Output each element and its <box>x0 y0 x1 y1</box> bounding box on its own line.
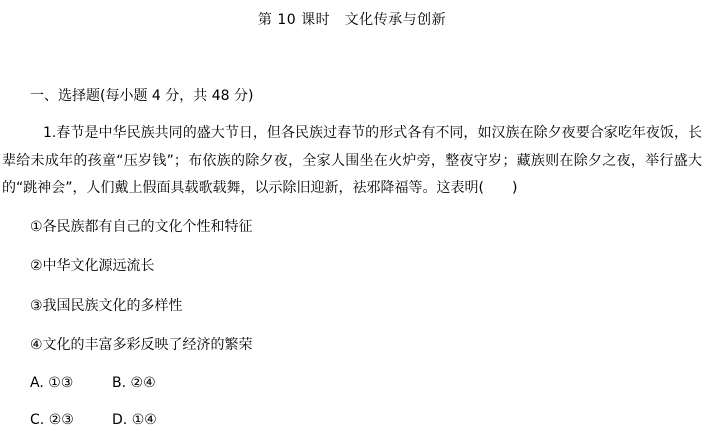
choice-d-value: ①④ <box>132 412 157 428</box>
section-heading: 一、选择题(每小题 4 分，共 48 分) <box>30 88 253 104</box>
choice-c-value: ②③ <box>49 412 74 428</box>
choice-a: A. ①③ <box>30 375 73 391</box>
statement-2: ②中华文化源远流长 <box>30 258 155 274</box>
choice-d-label: D. <box>112 412 127 428</box>
page-title: 第 10 课时 文化传承与创新 <box>0 12 704 28</box>
choice-d: D. ①④ <box>112 412 157 428</box>
statement-3: ③我国民族文化的多样性 <box>30 298 183 314</box>
choice-c-label: C. <box>30 412 44 428</box>
choice-a-label: A. <box>30 375 44 391</box>
statement-1: ①各民族都有自己的文化个性和特征 <box>30 219 253 235</box>
choice-c: C. ②③ <box>30 412 74 428</box>
question-stem: 1.春节是中华民族共同的盛大节日，但各民族过春节的形式各有不同，如汉族在除夕夜要… <box>2 120 702 203</box>
choice-a-value: ①③ <box>48 375 73 391</box>
choice-b-value: ②④ <box>131 375 156 391</box>
question-text: 春节是中华民族共同的盛大节日，但各民族过春节的形式各有不同，如汉族在除夕夜要合家… <box>2 125 702 196</box>
statement-4: ④文化的丰富多彩反映了经济的繁荣 <box>30 337 253 353</box>
question-number: 1. <box>43 125 56 141</box>
choice-b: B. ②④ <box>112 375 156 391</box>
choice-b-label: B. <box>112 375 126 391</box>
